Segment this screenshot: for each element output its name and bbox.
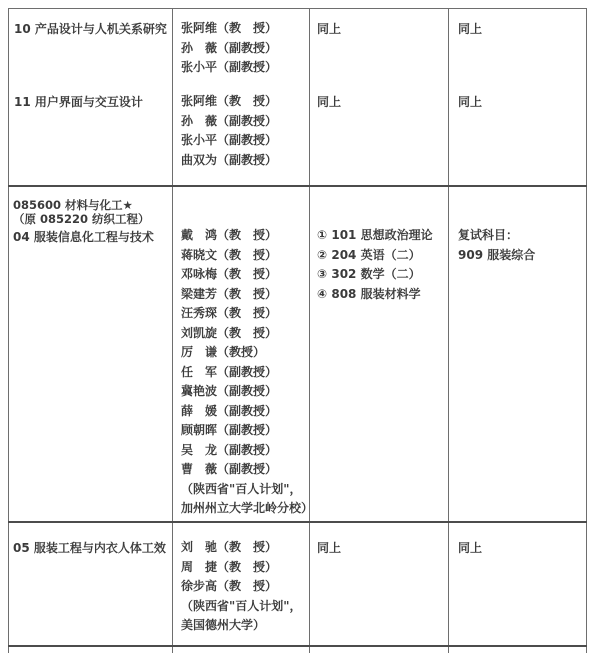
- table-border-col1-col2: [172, 8, 173, 653]
- direction-title: 04 服装信息化工程与技术: [13, 227, 154, 247]
- remark-ditto-text: 同上: [458, 19, 482, 39]
- supervisor-line: 孙 薇（副教授）: [181, 112, 277, 132]
- supervisor-line: 张小平（副教授）: [181, 131, 277, 151]
- supervisor-line: 刘凯旋（教 授）: [181, 324, 313, 344]
- supervisor-line: 张阿维（教 授）: [181, 19, 277, 39]
- supervisor-line: 梁建芳（教 授）: [181, 285, 313, 305]
- supervisor-line: 任 军（副教授）: [181, 363, 313, 383]
- row-separator-1: [8, 185, 587, 187]
- supervisor-line: 冀艳波（副教授）: [181, 382, 313, 402]
- exam-ditto-text: 同上: [317, 538, 341, 558]
- supervisor-line: 邓咏梅（教 授）: [181, 265, 313, 285]
- table-border-left: [8, 8, 9, 653]
- supervisor-line: 戴 鸿（教 授）: [181, 226, 313, 246]
- remark-ditto-text: 同上: [458, 538, 482, 558]
- row-separator-2: [8, 521, 587, 523]
- remark-ditto-text: 同上: [458, 92, 482, 112]
- direction-title: 10 产品设计与人机关系研究: [14, 19, 167, 39]
- supervisor-line: 蒋晓文（教 授）: [181, 246, 313, 266]
- supervisor-note-line: （陕西省"百人计划"，: [181, 597, 302, 617]
- table-border-right: [586, 8, 587, 653]
- table-border-top: [8, 8, 587, 9]
- supervisor-line: 薛 媛（副教授）: [181, 402, 313, 422]
- supervisor-line: 曹 薇（副教授）: [181, 460, 313, 480]
- exam-subject-line: ③ 302 数学（二）: [317, 265, 433, 285]
- program-code-line: 085600 材料与化工★: [13, 198, 150, 212]
- supervisor-line: 曲双为（副教授）: [181, 151, 277, 171]
- retest-subject: 909 服装综合: [458, 246, 535, 266]
- supervisor-line: 吴 龙（副教授）: [181, 441, 313, 461]
- direction-title: 05 服装工程与内衣人体工效: [13, 538, 166, 558]
- supervisor-line: 张小平（副教授）: [181, 58, 277, 78]
- exam-subjects-cell: ① 101 思想政治理论 ② 204 英语（二） ③ 302 数学（二） ④ 8…: [317, 226, 433, 304]
- supervisors-cell: 张阿维（教 授） 孙 薇（副教授） 张小平（副教授）: [181, 19, 277, 78]
- supervisor-line: 周 捷（教 授）: [181, 558, 302, 578]
- supervisor-line: 张阿维（教 授）: [181, 92, 277, 112]
- supervisor-line: 孙 薇（副教授）: [181, 39, 277, 59]
- supervisor-note-line: 美国德州大学）: [181, 616, 302, 636]
- exam-subject-line: ① 101 思想政治理论: [317, 226, 433, 246]
- program-header: 085600 材料与化工★ （原 085220 纺织工程）: [13, 198, 150, 226]
- row-separator-3: [8, 645, 587, 647]
- exam-ditto-text: 同上: [317, 19, 341, 39]
- supervisor-line: 徐步高（教 授）: [181, 577, 302, 597]
- supervisors-cell: 戴 鸿（教 授） 蒋晓文（教 授） 邓咏梅（教 授） 梁建芳（教 授） 汪秀琛（…: [181, 226, 313, 519]
- supervisors-cell: 张阿维（教 授） 孙 薇（副教授） 张小平（副教授） 曲双为（副教授）: [181, 92, 277, 170]
- supervisor-line: 厉 谦（教授）: [181, 343, 313, 363]
- direction-title: 11 用户界面与交互设计: [14, 92, 143, 112]
- exam-ditto-text: 同上: [317, 92, 341, 112]
- supervisor-note-line: （陕西省"百人计划"，: [181, 480, 313, 500]
- supervisor-line: 顾朝晖（副教授）: [181, 421, 313, 441]
- document-page: 10 产品设计与人机关系研究 张阿维（教 授） 孙 薇（副教授） 张小平（副教授…: [0, 0, 592, 653]
- table-border-col3-col4: [448, 8, 449, 653]
- supervisor-line: 刘 驰（教 授）: [181, 538, 302, 558]
- supervisor-line: 汪秀琛（教 授）: [181, 304, 313, 324]
- retest-label: 复试科目：: [458, 226, 535, 246]
- program-former-line: （原 085220 纺织工程）: [13, 212, 150, 226]
- remark-cell: 复试科目： 909 服装综合: [458, 226, 535, 265]
- supervisor-note-line: 加州州立大学北岭分校）: [181, 499, 313, 519]
- exam-subject-line: ④ 808 服装材料学: [317, 285, 433, 305]
- supervisors-cell: 刘 驰（教 授） 周 捷（教 授） 徐步高（教 授） （陕西省"百人计划"， 美…: [181, 538, 302, 636]
- exam-subject-line: ② 204 英语（二）: [317, 246, 433, 266]
